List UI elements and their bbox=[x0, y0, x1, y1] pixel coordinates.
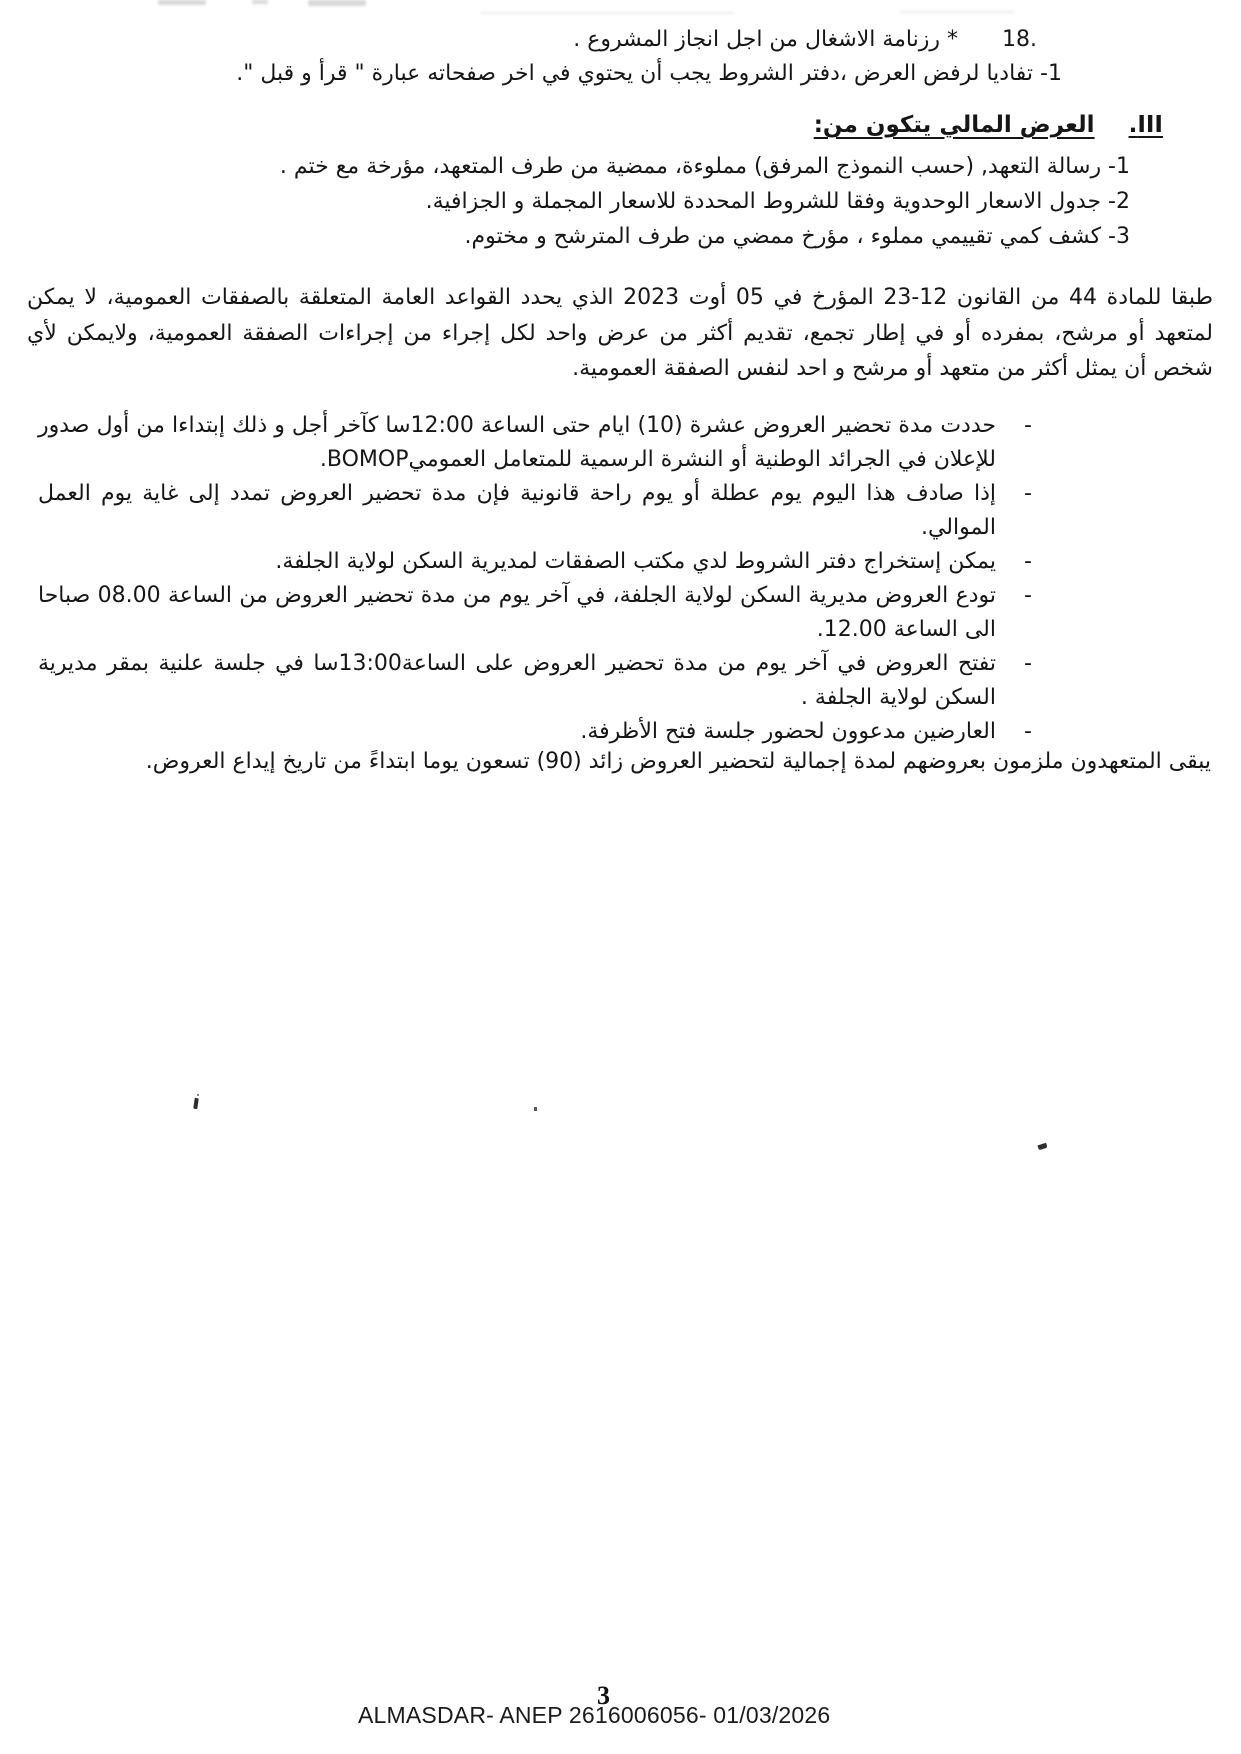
financial-offer-items: 1- رسالة التعهد, (حسب النموذج المرفق) مم… bbox=[130, 149, 1130, 254]
bullet-dash: - bbox=[996, 545, 1032, 579]
bullet-item: - حددت مدة تحضير العروض عشرة (10) ايام ح… bbox=[38, 409, 1032, 477]
bullet-item: - تفتح العروض في آخر يوم من مدة تحضير ال… bbox=[38, 647, 1032, 715]
scan-speck bbox=[197, 1094, 199, 1096]
clause-18-line: 18. * رزنامة الاشغال من اجل انجاز المشرو… bbox=[573, 23, 1037, 57]
footer-anep-reference: ALMASDAR- ANEP 2616006056- 01/03/2026 bbox=[358, 1702, 758, 1729]
scan-smudge bbox=[480, 12, 735, 14]
bullet-text: يمكن إستخراج دفتر الشروط لدي مكتب الصفقا… bbox=[38, 545, 996, 579]
bullet-text: إذا صادف هذا اليوم يوم عطلة أو يوم راحة … bbox=[38, 477, 996, 545]
scanned-document-page: 18. * رزنامة الاشغال من اجل انجاز المشرو… bbox=[0, 0, 1241, 1754]
scan-speck bbox=[193, 1098, 198, 1109]
legal-paragraph: طبقا للمادة 44 من القانون ‎23-12‎ المؤرخ… bbox=[27, 280, 1213, 387]
financial-offer-item-2: 2- جدول الاسعار الوحدوية وفقا للشروط الم… bbox=[130, 184, 1130, 219]
bullet-dash: - bbox=[996, 409, 1032, 443]
section-heading-financial-offer: III. العرض المالي يتكون من: bbox=[814, 112, 1163, 138]
bullet-text: حددت مدة تحضير العروض عشرة (10) ايام حتى… bbox=[38, 409, 996, 477]
bullet-dash: - bbox=[996, 579, 1032, 613]
financial-offer-item-1: 1- رسالة التعهد, (حسب النموذج المرفق) مم… bbox=[130, 149, 1130, 184]
rejection-note-line: 1- تفاديا لرفض العرض ،دفتر الشروط يجب أن… bbox=[236, 57, 1062, 91]
bullet-text: تفتح العروض في آخر يوم من مدة تحضير العر… bbox=[38, 647, 996, 715]
section-title: العرض المالي يتكون من: bbox=[814, 112, 1095, 138]
closing-paragraph: يبقى المتعهدون ملزمون بعروضهم لمدة إجمال… bbox=[25, 744, 1211, 779]
bullet-text: تودع العروض مديرية السكن لولاية الجلفة، … bbox=[38, 579, 996, 647]
bullet-item: - يمكن إستخراج دفتر الشروط لدي مكتب الصف… bbox=[38, 545, 1032, 579]
bullet-item: - تودع العروض مديرية السكن لولاية الجلفة… bbox=[38, 579, 1032, 647]
clause-18-text: * رزنامة الاشغال من اجل انجاز المشروع . bbox=[573, 23, 958, 57]
bullet-item: - إذا صادف هذا اليوم يوم عطلة أو يوم راح… bbox=[38, 477, 1032, 545]
scan-speck bbox=[1037, 1143, 1047, 1151]
scan-smudge bbox=[308, 0, 366, 6]
scan-smudge bbox=[252, 0, 268, 4]
financial-offer-item-3: 3- كشف كمي تقييمي مملوء ، مؤرخ ممضي من ط… bbox=[130, 219, 1130, 254]
scan-speck bbox=[534, 1107, 537, 1111]
scan-smudge bbox=[900, 11, 1015, 13]
clause-number: 18. bbox=[1002, 23, 1037, 57]
deadlines-bullet-list: - حددت مدة تحضير العروض عشرة (10) ايام ح… bbox=[38, 409, 1032, 749]
scan-smudge bbox=[158, 0, 206, 5]
section-roman-numeral: III. bbox=[1129, 112, 1163, 138]
bullet-dash: - bbox=[996, 647, 1032, 681]
bullet-dash: - bbox=[996, 477, 1032, 511]
